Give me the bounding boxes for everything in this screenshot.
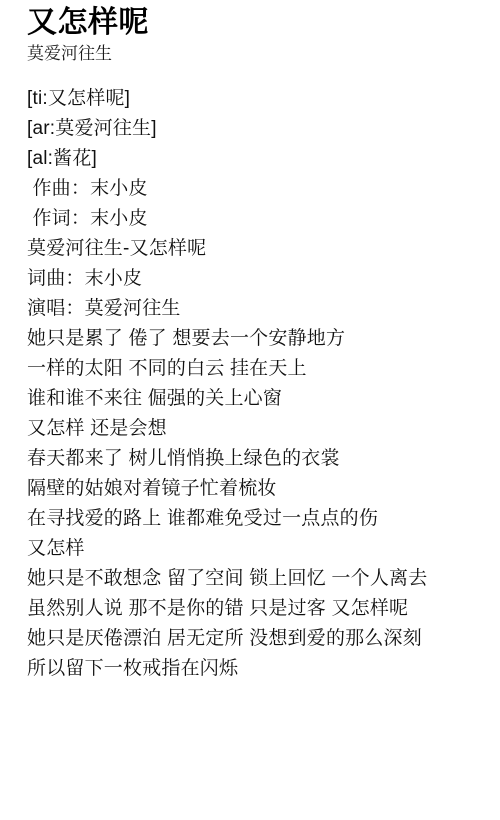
lyric-line: 又怎样 [27,534,490,564]
lyric-line: 所以留下一枚戒指在闪烁 [27,654,490,684]
lyric-line: 虽然别人说 那不是你的错 只是过客 又怎样呢 [27,594,490,624]
lyric-line: 春天都来了 树儿悄悄换上绿色的衣裳 [27,444,490,474]
artist-name: 莫爱河往生 [27,43,490,65]
lyric-line: 她只是累了 倦了 想要去一个安静地方 [27,324,490,354]
lyric-line: 谁和谁不来往 倔强的关上心窗 [27,384,490,414]
lyric-line: 作词：末小皮 [27,204,490,234]
song-title: 又怎样呢 [27,6,490,40]
lyric-line: 莫爱河往生-又怎样呢 [27,234,490,264]
lyric-line: [al:酱花] [27,144,490,174]
lyric-line: 在寻找爱的路上 谁都难免受过一点点的伤 [27,504,490,534]
lyric-line: 词曲：末小皮 [27,264,490,294]
lyric-line: 又怎样 还是会想 [27,414,490,444]
lyrics-page: 又怎样呢 莫爱河往生 [ti:又怎样呢][ar:莫爱河往生][al:酱花] 作曲… [0,0,500,820]
lyric-line: 她只是厌倦漂泊 居无定所 没想到爱的那么深刻 [27,624,490,654]
lyric-line: [ti:又怎样呢] [27,84,490,114]
lyric-line: 演唱：莫爱河往生 [27,294,490,324]
lyric-line: 隔壁的姑娘对着镜子忙着梳妆 [27,474,490,504]
lyric-line: 她只是不敢想念 留了空间 锁上回忆 一个人离去 [27,564,490,594]
lyric-line: [ar:莫爱河往生] [27,114,490,144]
lyric-line: 作曲：末小皮 [27,174,490,204]
lyric-line: 一样的太阳 不同的白云 挂在天上 [27,354,490,384]
lyrics-lines: [ti:又怎样呢][ar:莫爱河往生][al:酱花] 作曲：末小皮 作词：末小皮… [27,84,490,684]
